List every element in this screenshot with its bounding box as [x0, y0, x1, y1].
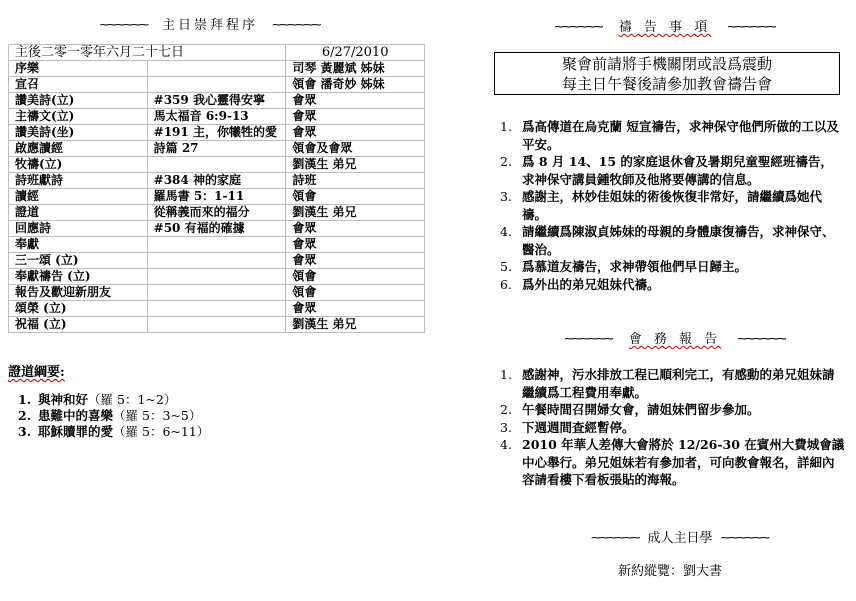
cell-person: 會眾: [286, 301, 425, 317]
worship-program-title-text: 主日崇拜程序: [162, 18, 258, 33]
adult-school-subtitle: 新約縱覽：劉大書: [500, 560, 840, 579]
cell-person: 司琴 黃麗斌 姊妹: [286, 61, 425, 77]
list-item: 6.爲外出的弟兄姐妹代禱。: [500, 276, 845, 294]
cell-content: #50 有福的確據: [147, 221, 286, 237]
cell-content: #359 我心靈得安寧: [147, 93, 286, 109]
table-row: 讚美詩(坐)#191 主，你犧牲的愛會眾: [9, 125, 425, 141]
cell-person: 劉漢生 弟兄: [286, 317, 425, 333]
list-item: 3.下週週間查經暫停。: [500, 419, 845, 437]
table-row: 祝福 (立)劉漢生 弟兄: [9, 317, 425, 333]
cell-item: 宣召: [9, 77, 148, 93]
cell-item: 祝福 (立): [9, 317, 148, 333]
table-row: 奉獻禱告 (立)領會: [9, 269, 425, 285]
ornament-divider-icon: ⁓⁓⁓⁓⁓⁓: [727, 23, 775, 33]
table-row: 頌榮 (立)會眾: [9, 301, 425, 317]
cell-item: 報告及歡迎新朋友: [9, 285, 148, 301]
ornament-divider-icon: ⁓⁓⁓⁓⁓⁓: [721, 534, 769, 544]
cell-content: 從稱義而來的福分: [147, 205, 286, 221]
cell-person: 詩班: [286, 173, 425, 189]
cell-content: [147, 285, 286, 301]
list-item: 2.患難中的喜樂（羅 5：3~5）: [18, 408, 209, 424]
cell-person: 領會 潘奇妙 姊妹: [286, 77, 425, 93]
cell-person: 會眾: [286, 253, 425, 269]
cell-person: 會眾: [286, 93, 425, 109]
table-row: 證道從稱義而來的福分劉漢生 弟兄: [9, 205, 425, 221]
ornament-divider-icon: ⁓⁓⁓⁓⁓⁓: [272, 21, 320, 31]
cell-item: 序樂: [9, 61, 148, 77]
ornament-divider-icon: ⁓⁓⁓⁓⁓⁓: [737, 335, 785, 345]
list-item: 3.耶穌贖罪的愛（羅 5：6~11）: [18, 424, 209, 440]
cell-person: 領會及會眾: [286, 141, 425, 157]
cell-person: 劉漢生 弟兄: [286, 157, 425, 173]
church-news-title: ⁓⁓⁓⁓⁓⁓ 會 務 報 告 ⁓⁓⁓⁓⁓⁓: [505, 328, 845, 347]
cell-item: 詩班獻詩: [9, 173, 148, 189]
table-row: 回應詩#50 有福的確據會眾: [9, 221, 425, 237]
cell-person: 劉漢生 弟兄: [286, 205, 425, 221]
table-row: 報告及歡迎新朋友領會: [9, 285, 425, 301]
cell-content: [147, 157, 286, 173]
cell-item: 奉獻禱告 (立): [9, 269, 148, 285]
cell-content: [147, 301, 286, 317]
sermon-outline-title: 證道綱要:: [8, 361, 65, 380]
sermon-outline-list: 1.與神和好（羅 5：1~2） 2.患難中的喜樂（羅 5：3~5） 3.耶穌贖罪…: [18, 392, 209, 440]
cell-content: #384 神的家庭: [147, 173, 286, 189]
cell-item: 回應詩: [9, 221, 148, 237]
cell-item: 奉獻: [9, 237, 148, 253]
list-item: 5.爲慕道友禱告，求神帶領他們早日歸主。: [500, 258, 845, 276]
adult-sunday-school-title: ⁓⁓⁓⁓⁓⁓ 成人主日學 ⁓⁓⁓⁓⁓⁓: [510, 527, 850, 546]
notice-line: 每主日午餐後請參加教會禱告會: [495, 74, 839, 94]
list-item: 3.感謝主，林妙佳姐妹的術後恢復非常好，請繼續爲她代禱。: [500, 188, 845, 223]
cell-item: 讀經: [9, 189, 148, 205]
cell-person: 會眾: [286, 125, 425, 141]
cell-content: [147, 77, 286, 93]
cell-person: 會眾: [286, 237, 425, 253]
cell-content: 詩篇 27: [147, 141, 286, 157]
table-row: 讚美詩(立)#359 我心靈得安寧會眾: [9, 93, 425, 109]
table-row: 啟應讀經詩篇 27領會及會眾: [9, 141, 425, 157]
date-chinese: 主後二零一零年六月二十七日: [9, 45, 286, 61]
ornament-divider-icon: ⁓⁓⁓⁓⁓⁓: [100, 21, 148, 31]
list-item: 1.爲高傳道在烏克蘭 短宣禱告，求神保守他們所做的工以及平安。: [500, 118, 845, 153]
cell-item: 讚美詩(立): [9, 93, 148, 109]
prayer-items-list: 1.爲高傳道在烏克蘭 短宣禱告，求神保守他們所做的工以及平安。 2.爲 8 月 …: [500, 118, 845, 293]
ornament-divider-icon: ⁓⁓⁓⁓⁓⁓: [565, 335, 613, 345]
cell-content: 羅馬書 5：1-11: [147, 189, 286, 205]
table-row: 詩班獻詩#384 神的家庭詩班: [9, 173, 425, 189]
cell-content: [147, 317, 286, 333]
notice-line: 聚會前請將手機關閉或設爲震動: [495, 54, 839, 74]
cell-item: 啟應讀經: [9, 141, 148, 157]
list-item: 1.與神和好（羅 5：1~2）: [18, 392, 209, 408]
church-news-title-text: 會 務 報 告: [629, 332, 721, 347]
table-row: 奉獻會眾: [9, 237, 425, 253]
date-numeric: 6/27/2010: [286, 45, 425, 61]
table-row: 牧禱(立)劉漢生 弟兄: [9, 157, 425, 173]
cell-item: 證道: [9, 205, 148, 221]
cell-item: 頌榮 (立): [9, 301, 148, 317]
adult-school-title-text: 成人主日學: [647, 531, 712, 546]
cell-item: 主禱文(立): [9, 109, 148, 125]
table-row: 宣召領會 潘奇妙 姊妹: [9, 77, 425, 93]
list-item: 4.2010 年華人差傳大會將於 12/26-30 在賓州大費城會議中心舉行。弟…: [500, 436, 845, 489]
cell-person: 會眾: [286, 221, 425, 237]
list-item: 1.感謝神，污水排放工程已順利完工，有感動的弟兄姐妹請繼續爲工程費用奉獻。: [500, 366, 845, 401]
table-header-row: 主後二零一零年六月二十七日 6/27/2010: [9, 45, 425, 61]
table-row: 序樂司琴 黃麗斌 姊妹: [9, 61, 425, 77]
table-row: 主禱文(立)馬太福音 6:9-13會眾: [9, 109, 425, 125]
cell-person: 會眾: [286, 109, 425, 125]
list-item: 4.請繼續爲陳淑貞姊妹的母親的身體康復禱告，求神保守、醫治。: [500, 223, 845, 258]
cell-person: 領會: [286, 269, 425, 285]
list-item: 2.午餐時間召開婦女會，請姐妹們留步參加。: [500, 401, 845, 419]
list-item: 2.爲 8 月 14、15 的家庭退休會及暑期兒童聖經班禱告，求神保守講員鍾牧師…: [500, 153, 845, 188]
prayer-section-title: ⁓⁓⁓⁓⁓⁓ 禱 告 事 項 ⁓⁓⁓⁓⁓⁓: [495, 16, 835, 35]
cell-person: 領會: [286, 189, 425, 205]
cell-content: [147, 61, 286, 77]
cell-content: [147, 269, 286, 285]
cell-content: [147, 253, 286, 269]
worship-program-title: ⁓⁓⁓⁓⁓⁓ 主日崇拜程序 ⁓⁓⁓⁓⁓⁓: [60, 14, 360, 33]
church-news-list: 1.感謝神，污水排放工程已順利完工，有感動的弟兄姐妹請繼續爲工程費用奉獻。 2.…: [500, 366, 845, 489]
cell-item: 牧禱(立): [9, 157, 148, 173]
ornament-divider-icon: ⁓⁓⁓⁓⁓⁓: [591, 534, 639, 544]
prayer-title-text: 禱 告 事 項: [619, 20, 711, 35]
ornament-divider-icon: ⁓⁓⁓⁓⁓⁓: [555, 23, 603, 33]
cell-content: 馬太福音 6:9-13: [147, 109, 286, 125]
cell-person: 領會: [286, 285, 425, 301]
cell-content: #191 主，你犧牲的愛: [147, 125, 286, 141]
table-row: 讀經羅馬書 5：1-11領會: [9, 189, 425, 205]
worship-program-table: 主後二零一零年六月二十七日 6/27/2010 序樂司琴 黃麗斌 姊妹宣召領會 …: [8, 44, 425, 333]
notice-box: 聚會前請將手機關閉或設爲震動 每主日午餐後請參加教會禱告會: [494, 52, 840, 95]
cell-item: 三一頌 (立): [9, 253, 148, 269]
table-row: 三一頌 (立)會眾: [9, 253, 425, 269]
cell-content: [147, 237, 286, 253]
cell-item: 讚美詩(坐): [9, 125, 148, 141]
